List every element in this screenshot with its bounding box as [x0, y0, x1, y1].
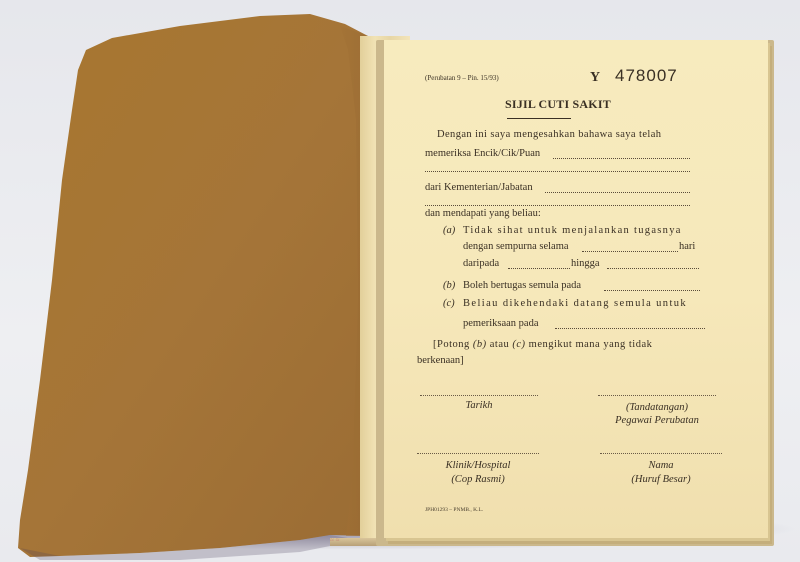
intro-line-1: Dengan ini saya mengesahkan bahawa saya … — [437, 129, 661, 140]
strike-note-line-2: berkenaan] — [417, 355, 464, 366]
officer-label: Pegawai Perubatan — [598, 415, 716, 426]
signature-line[interactable] — [598, 395, 716, 397]
from-label: daripada — [463, 258, 499, 269]
name-line[interactable] — [600, 453, 722, 455]
note-open: [Potong — [433, 339, 470, 350]
name-label: Nama — [600, 460, 722, 471]
signature-label: (Tandatangan) — [598, 402, 716, 413]
option-c-marker: (c) — [443, 298, 455, 309]
serial-prefix: Y — [590, 70, 600, 86]
note-or: atau — [490, 339, 510, 350]
option-a-marker: (a) — [443, 225, 455, 236]
option-a-duration-label: dengan sempurna selama — [463, 241, 569, 252]
finding-label: dan mendapati yang beliau: — [425, 208, 541, 219]
patient-name-field[interactable] — [553, 157, 690, 159]
stamp-label: (Cop Rasmi) — [417, 474, 539, 485]
caps-label: (Huruf Besar) — [600, 474, 722, 485]
strike-note-line-1: [Potong (b) atau (c) mengikut mana yang … — [433, 339, 652, 350]
form-reference: (Perubatan 9 – Pin. 15/93) — [425, 74, 499, 82]
from-date-field[interactable] — [508, 267, 570, 269]
sick-days-field[interactable] — [582, 250, 678, 252]
note-c: (c) — [512, 339, 525, 350]
recheck-date-field[interactable] — [555, 327, 705, 329]
date-sign-line[interactable] — [420, 395, 538, 397]
option-b-marker: (b) — [443, 280, 455, 291]
ministry-label: dari Kementerian/Jabatan — [425, 182, 533, 193]
days-label: hari — [679, 241, 695, 252]
ministry-field[interactable] — [545, 191, 690, 193]
clinic-stamp-line[interactable] — [417, 453, 539, 455]
certificate-title: SIJIL CUTI SAKIT — [505, 97, 611, 112]
clinic-label: Klinik/Hospital — [417, 460, 539, 471]
note-rest: mengikut mana yang tidak — [529, 339, 653, 350]
option-c-line-1: Beliau dikehendaki datang semula untuk — [463, 298, 687, 309]
patient-name-row: memeriksa Encik/Cik/Puan — [425, 148, 540, 159]
title-underline — [507, 118, 571, 119]
serial-number: 478007 — [615, 66, 678, 86]
patient-label: memeriksa Encik/Cik/Puan — [425, 148, 540, 159]
date-label: Tarikh — [420, 400, 538, 411]
option-b-line-1: Boleh bertugas semula pada — [463, 280, 581, 291]
patient-name-field-2[interactable] — [425, 170, 690, 172]
until-date-field[interactable] — [607, 267, 699, 269]
option-a-line-1: Tidak sihat untuk menjalankan tugasnya — [463, 225, 682, 236]
return-date-field[interactable] — [604, 289, 700, 291]
option-c-line-2: pemeriksaan pada — [463, 318, 539, 329]
printer-footer: JPH01293 – PNMB., K.L. — [425, 507, 483, 513]
ministry-field-2[interactable] — [425, 204, 690, 206]
stamp-mark: ≈ ≈ — [330, 536, 339, 544]
note-b: (b) — [473, 339, 487, 350]
until-label: hingga — [571, 258, 600, 269]
